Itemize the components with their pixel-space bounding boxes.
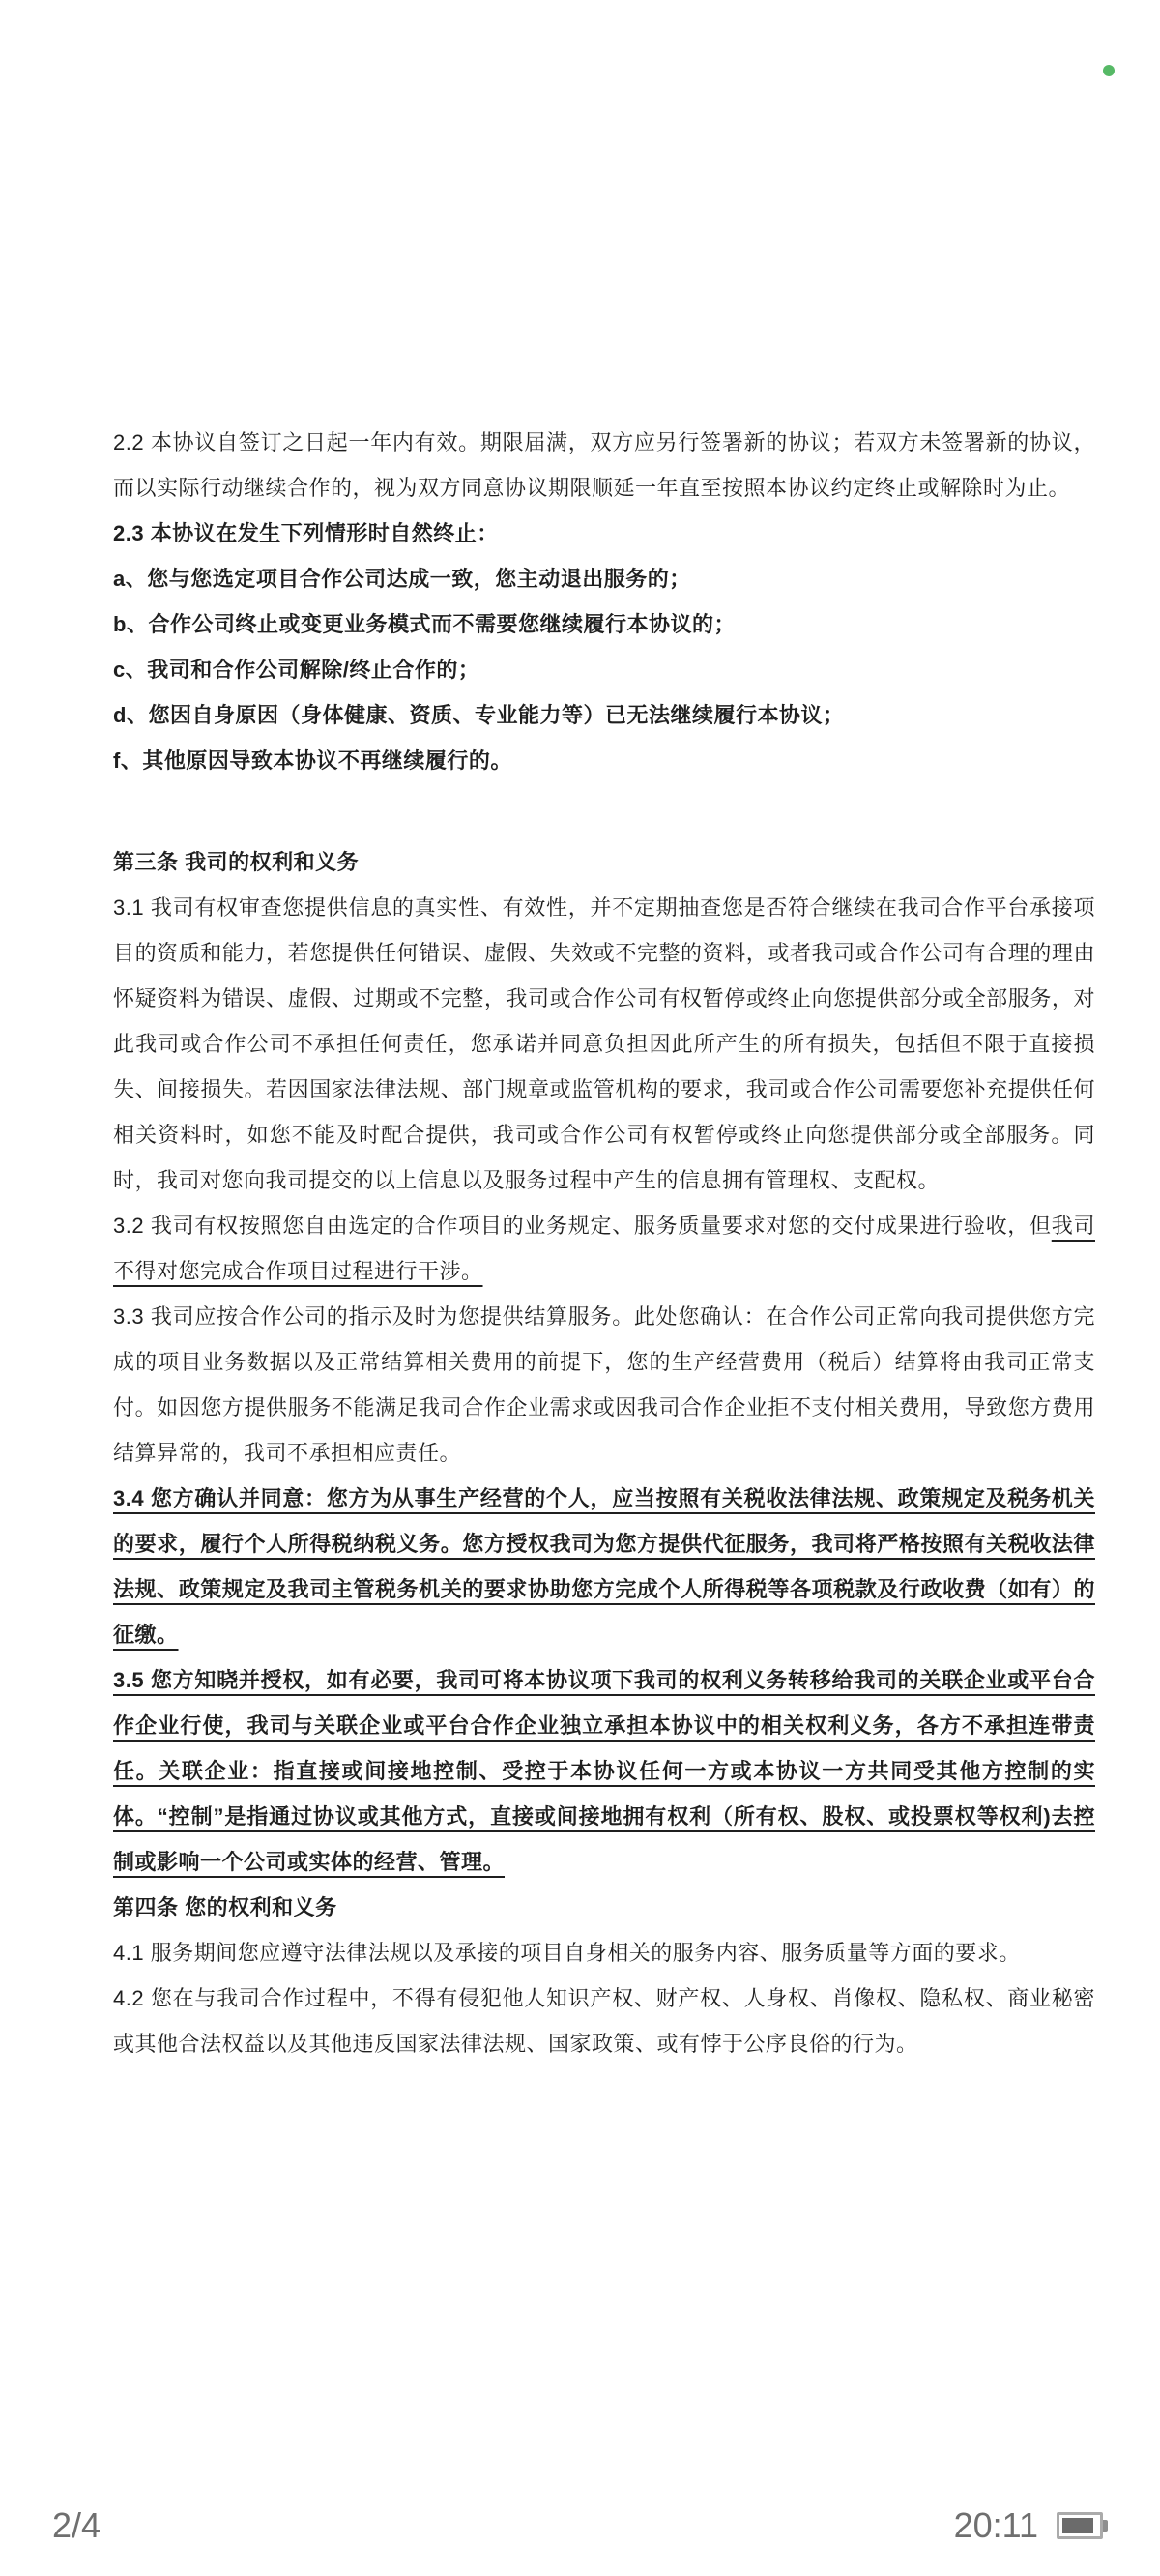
recording-indicator-dot <box>1103 65 1115 76</box>
text-run: f、其他原因导致本协议不再继续履行的。 <box>113 748 512 773</box>
text-run: c、我司和合作公司解除/终止合作的； <box>113 658 479 682</box>
footer-status: 20:11 <box>954 2506 1103 2545</box>
para-2-2: 2.2 本协议自签订之日起一年内有效。期限届满，双方应另行签署新的协议；若双方未… <box>113 420 1095 511</box>
text-run: 4.2 您在与我司合作过程中，不得有侵犯他人知识产权、财产权、人身权、肖像权、隐… <box>113 1986 1095 2056</box>
text-run: 3.4 您方确认并同意：您方为从事生产经营的个人，应当按照有关税收法律法规、政策… <box>113 1486 1095 1647</box>
text-run: 2.2 本协议自签订之日起一年内有效。期限届满，双方应另行签署新的协议；若双方未… <box>113 430 1095 500</box>
document-content[interactable]: 2.2 本协议自签订之日起一年内有效。期限届满，双方应另行签署新的协议；若双方未… <box>113 420 1095 2066</box>
text-run: 4.1 服务期间您应遵守法律法规以及承接的项目自身相关的服务内容、服务质量等方面… <box>113 1941 1021 1965</box>
heading-article-4: 第四条 您的权利和义务 <box>113 1885 1095 1930</box>
heading-article-3: 第三条 我司的权利和义务 <box>113 839 1095 885</box>
page-indicator: 2/4 <box>52 2506 101 2545</box>
text-run: d、您因自身原因（身体健康、资质、专业能力等）已无法继续履行本协议； <box>113 703 844 727</box>
item-a: a、您与您选定项目合作公司达成一致，您主动退出服务的； <box>113 556 1095 601</box>
item-b: b、合作公司终止或变更业务模式而不需要您继续履行本协议的； <box>113 601 1095 647</box>
para-3-1: 3.1 我司有权审查您提供信息的真实性、有效性，并不定期抽查您是否符合继续在我司… <box>113 885 1095 1203</box>
battery-nub <box>1103 2520 1108 2532</box>
text-run: 第三条 我司的权利和义务 <box>113 850 359 874</box>
text-run: 3.3 我司应按合作公司的指示及时为您提供结算服务。此处您确认：在合作公司正常向… <box>113 1304 1095 1465</box>
item-d: d、您因自身原因（身体健康、资质、专业能力等）已无法继续履行本协议； <box>113 692 1095 738</box>
text-run: 3.1 我司有权审查您提供信息的真实性、有效性，并不定期抽查您是否符合继续在我司… <box>113 895 1095 1192</box>
text-run: 第四条 您的权利和义务 <box>113 1895 337 1919</box>
para-3-3: 3.3 我司应按合作公司的指示及时为您提供结算服务。此处您确认：在合作公司正常向… <box>113 1294 1095 1476</box>
clock-time: 20:11 <box>954 2506 1038 2545</box>
text-run: a、您与您选定项目合作公司达成一致，您主动退出服务的； <box>113 567 691 591</box>
para-4-1: 4.1 服务期间您应遵守法律法规以及承接的项目自身相关的服务内容、服务质量等方面… <box>113 1930 1095 1976</box>
para-3-5: 3.5 您方知晓并授权，如有必要，我司可将本协议项下我司的权利义务转移给我司的关… <box>113 1657 1095 1885</box>
battery-fill <box>1062 2518 1093 2533</box>
para-4-2: 4.2 您在与我司合作过程中，不得有侵犯他人知识产权、财产权、人身权、肖像权、隐… <box>113 1976 1095 2066</box>
para-2-3: 2.3 本协议在发生下列情形时自然终止： <box>113 511 1095 556</box>
para-3-4: 3.4 您方确认并同意：您方为从事生产经营的个人，应当按照有关税收法律法规、政策… <box>113 1476 1095 1657</box>
document-viewer-page: 2.2 本协议自签订之日起一年内有效。期限届满，双方应另行签署新的协议；若双方未… <box>0 0 1160 2576</box>
item-c: c、我司和合作公司解除/终止合作的； <box>113 647 1095 692</box>
battery-icon <box>1057 2512 1103 2539</box>
footer-bar: 2/4 20:11 <box>0 2495 1160 2576</box>
text-run: b、合作公司终止或变更业务模式而不需要您继续履行本协议的； <box>113 612 736 636</box>
text-run: 3.5 您方知晓并授权，如有必要，我司可将本协议项下我司的权利义务转移给我司的关… <box>113 1668 1095 1874</box>
para-3-2: 3.2 我司有权按照您自由选定的合作项目的业务规定、服务质量要求对您的交付成果进… <box>113 1203 1095 1294</box>
item-f: f、其他原因导致本协议不再继续履行的。 <box>113 738 1095 783</box>
text-run: 2.3 本协议在发生下列情形时自然终止： <box>113 521 499 545</box>
text-run: 3.2 我司有权按照您自由选定的合作项目的业务规定、服务质量要求对您的交付成果进… <box>113 1214 1052 1238</box>
